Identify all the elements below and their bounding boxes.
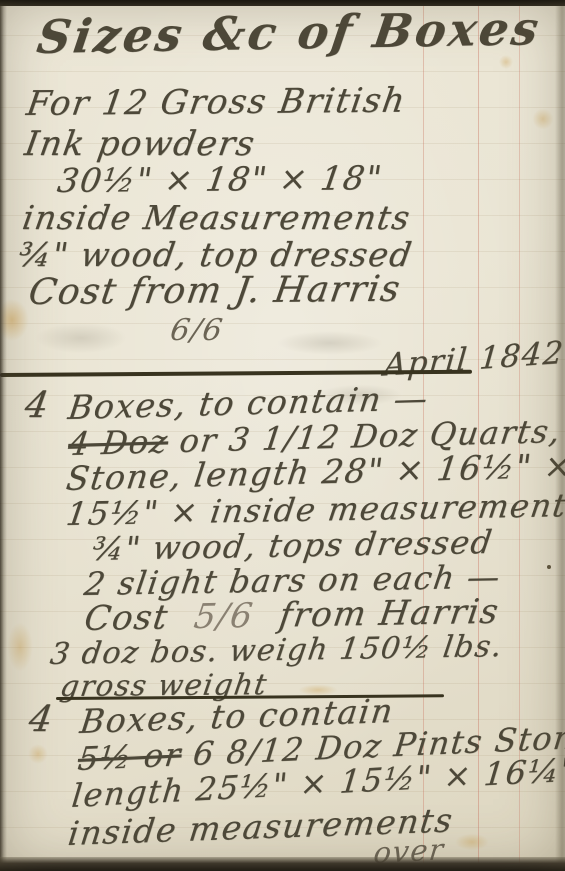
photo-vignette: [0, 0, 565, 871]
ledger-page-photo: Sizes &c of Boxes For 12 Gross British I…: [0, 0, 565, 871]
